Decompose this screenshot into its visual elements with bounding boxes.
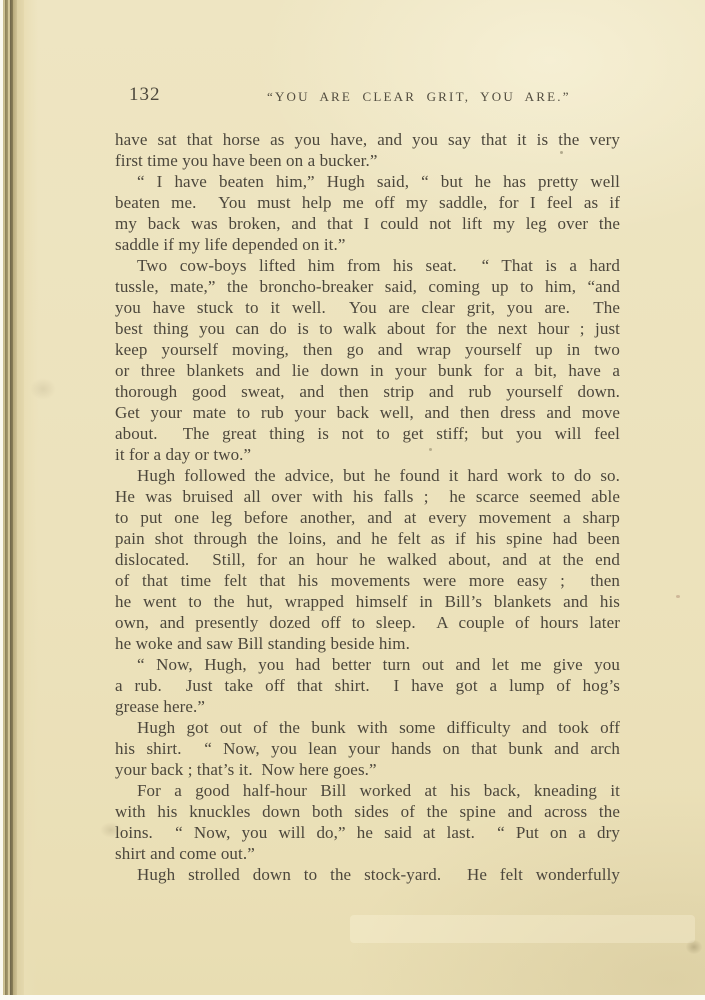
book-page-scan: 132 “YOU ARE CLEAR GRIT, YOU ARE.” have … xyxy=(0,0,705,1000)
text-line: Hugh strolled down to the stock-yard. He… xyxy=(115,864,620,885)
text-line: first time you have been on a bucker.” xyxy=(115,150,620,171)
text-line: my back was broken, and that I could not… xyxy=(115,213,620,234)
book-gutter-binding xyxy=(0,0,38,1000)
text-line: own, and presently dozed off to sleep. A… xyxy=(115,612,620,633)
text-line: grease here.” xyxy=(115,696,620,717)
text-line: Two cow-boys lifted him from his seat. “… xyxy=(115,255,620,276)
text-line: “ Now, Hugh, you had better turn out and… xyxy=(115,654,620,675)
text-line: or three blankets and lie down in your b… xyxy=(115,360,620,381)
text-line: with his knuckles down both sides of the… xyxy=(115,801,620,822)
text-line: best thing you can do is to walk about f… xyxy=(115,318,620,339)
page-number: 132 xyxy=(129,84,161,106)
text-line: it for a day or two.” xyxy=(115,444,620,465)
text-line: thorough good sweat, and then strip and … xyxy=(115,381,620,402)
text-line: his shirt. “ Now, you lean your hands on… xyxy=(115,738,620,759)
text-line: “ I have beaten him,” Hugh said, “ but h… xyxy=(115,171,620,192)
paper-speck xyxy=(560,151,563,154)
running-header-title: “YOU ARE CLEAR GRIT, YOU ARE.” xyxy=(267,89,571,105)
paper-speck xyxy=(676,595,680,598)
text-line: of that time felt that his movements wer… xyxy=(115,570,620,591)
paper-smudge xyxy=(686,940,702,954)
text-line: loins. “ Now, you will do,” he said at l… xyxy=(115,822,620,843)
text-line: he woke and saw Bill standing beside him… xyxy=(115,633,620,654)
text-line: a rub. Just take off that shirt. I have … xyxy=(115,675,620,696)
text-line: your back ; that’s it. Now here goes.” xyxy=(115,759,620,780)
paper-light-band xyxy=(350,915,695,943)
text-block: have sat that horse as you have, and you… xyxy=(115,129,620,885)
text-line: keep yourself moving, then go and wrap y… xyxy=(115,339,620,360)
paper-smudge xyxy=(30,378,56,400)
text-line: For a good half-hour Bill worked at his … xyxy=(115,780,620,801)
text-line: dislocated. Still, for an hour he walked… xyxy=(115,549,620,570)
scan-edge xyxy=(0,995,705,1000)
text-line: Get your mate to rub your back well, and… xyxy=(115,402,620,423)
paper-smudge xyxy=(100,822,122,838)
paper-speck xyxy=(429,448,432,451)
text-line: saddle if my life depended on it.” xyxy=(115,234,620,255)
text-line: to put one leg before another, and at ev… xyxy=(115,507,620,528)
text-line: he went to the hut, wrapped himself in B… xyxy=(115,591,620,612)
text-line: tussle, mate,” the broncho-breaker said,… xyxy=(115,276,620,297)
text-line: He was bruised all over with his falls ;… xyxy=(115,486,620,507)
text-line: about. The great thing is not to get sti… xyxy=(115,423,620,444)
page-header: 132 “YOU ARE CLEAR GRIT, YOU ARE.” xyxy=(115,84,620,110)
text-line: you have stuck to it well. You are clear… xyxy=(115,297,620,318)
text-line: beaten me. You must help me off my saddl… xyxy=(115,192,620,213)
text-line: Hugh followed the advice, but he found i… xyxy=(115,465,620,486)
text-line: shirt and come out.” xyxy=(115,843,620,864)
text-line: Hugh got out of the bunk with some diffi… xyxy=(115,717,620,738)
text-line: have sat that horse as you have, and you… xyxy=(115,129,620,150)
text-line: pain shot through the loins, and he felt… xyxy=(115,528,620,549)
